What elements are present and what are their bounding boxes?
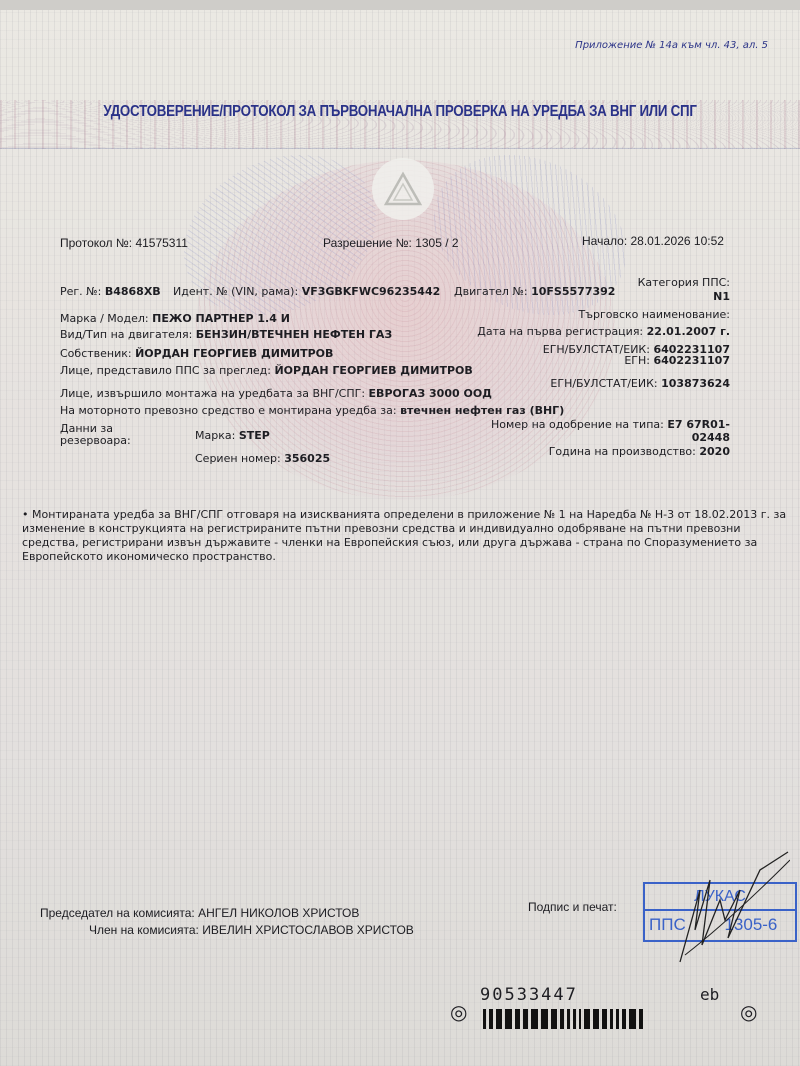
start-time: Начало: 28.01.2026 10:52 — [582, 234, 724, 248]
engine-label: Двигател №: — [454, 285, 528, 298]
reg-label: Рег. №: — [60, 285, 101, 298]
background-surface — [0, 0, 800, 10]
chair-value: АНГЕЛ НИКОЛОВ ХРИСТОВ — [198, 906, 359, 920]
first-reg-value: 22.01.2007 г. — [647, 325, 730, 338]
first-registration: Дата на първа регистрация: 22.01.2007 г. — [477, 325, 730, 338]
owner-label: Собственик: — [60, 347, 132, 360]
engine-number: Двигател №: 10FS5577392 — [454, 285, 615, 298]
type-approval: Номер на одобрение на типа: E7 67R01- — [491, 418, 730, 431]
registration-mark-icon: ◎ — [450, 1000, 467, 1024]
document-title: УДОСТОВЕРЕНИЕ/ПРОТОКОЛ ЗА ПЪРВОНАЧАЛНА П… — [56, 103, 744, 121]
form-serial-suffix: еb — [700, 985, 719, 1004]
installer: Лице, извършило монтажа на уредбата за В… — [60, 387, 492, 400]
owner-value: ЙОРДАН ГЕОРГИЕВ ДИМИТРОВ — [135, 347, 333, 360]
chair-label: Председател на комисията: — [40, 906, 195, 920]
make-model: Марка / Модел: ПЕЖО ПАРТНЕР 1.4 И — [60, 312, 290, 325]
tank-serial-value: 356025 — [284, 452, 330, 465]
trade-name-label: Търговско наименование: — [579, 308, 731, 321]
vin: Идент. № (VIN, рама): VF3GBKFWC96235442 — [173, 285, 440, 298]
tank-brand-label: Марка: — [195, 429, 235, 442]
first-reg-label: Дата на първа регистрация: — [477, 325, 643, 338]
engine-type-value: БЕНЗИН/ВТЕЧНЕН НЕФТЕН ГАЗ — [196, 328, 392, 341]
make-value: ПЕЖО ПАРТНЕР 1.4 И — [152, 312, 290, 325]
registration-number: Рег. №: В4868ХВ — [60, 285, 161, 298]
tank-serial-label: Сериен номер: — [195, 452, 281, 465]
member-label: Член на комисията: — [89, 923, 199, 937]
category-label: Категория ППС: — [638, 276, 730, 289]
signature-label: Подпис и печат: — [528, 900, 617, 914]
approval-label: Номер на одобрение на типа: — [491, 418, 664, 431]
tank-serial: Сериен номер: 356025 — [195, 452, 330, 465]
protocol-number: Протокол №: 41575311 — [60, 236, 188, 250]
presenter-id-label: ЕГН: — [624, 354, 650, 367]
presenter: Лице, представило ППС за преглед: ЙОРДАН… — [60, 364, 473, 377]
engine-type: Вид/Тип на двигателя: БЕНЗИН/ВТЕЧНЕН НЕФ… — [60, 328, 392, 341]
barcode-icon — [483, 1009, 643, 1029]
tank-year-label: Година на производство: — [549, 445, 696, 458]
presenter-label: Лице, представило ППС за преглед: — [60, 364, 271, 377]
appendix-reference: Приложение № 14а към чл. 43, ал. 5 — [575, 40, 768, 51]
owner: Собственик: ЙОРДАН ГЕОРГИЕВ ДИМИТРОВ — [60, 347, 333, 360]
reg-value: В4868ХВ — [105, 285, 161, 298]
signature-scribble-icon — [640, 850, 790, 965]
category-value: N1 — [713, 290, 730, 303]
installer-id-value: 103873624 — [661, 377, 730, 390]
start-label: Начало: — [582, 234, 627, 248]
engine-type-label: Вид/Тип на двигателя: — [60, 328, 192, 341]
vin-value: VF3GBKFWC96235442 — [302, 285, 441, 298]
presenter-value: ЙОРДАН ГЕОРГИЕВ ДИМИТРОВ — [274, 364, 472, 377]
registration-mark-icon-right: ◎ — [740, 1000, 757, 1024]
installer-id: ЕГН/БУЛСТАТ/ЕИК: 103873624 — [550, 377, 730, 390]
member-value: ИВЕЛИН ХРИСТОСЛАВОВ ХРИСТОВ — [202, 923, 414, 937]
installer-value: ЕВРОГАЗ 3000 ООД — [369, 387, 492, 400]
presenter-id: ЕГН: 6402231107 — [624, 354, 730, 367]
form-serial-number: 90533447 — [480, 985, 578, 1005]
form-serial-barcode: ◎ 90533447 еb ◎ — [450, 985, 790, 1035]
installer-label: Лице, извършило монтажа на уредбата за В… — [60, 387, 365, 400]
system-value: втечнен нефтен газ (ВНГ) — [400, 404, 564, 417]
tank-section-label-2: резервоара: — [60, 434, 131, 447]
commission-member: Член на комисията: ИВЕЛИН ХРИСТОСЛАВОВ Х… — [89, 923, 414, 937]
installed-system: На моторното превозно средство е монтира… — [60, 404, 564, 417]
tank-year-value: 2020 — [699, 445, 730, 458]
protocol-value: 41575311 — [135, 236, 188, 250]
presenter-id-value: 6402231107 — [653, 354, 730, 367]
approval-value-line2: 02448 — [692, 431, 730, 444]
engine-value: 10FS5577392 — [531, 285, 615, 298]
tank-brand: Марка: STEP — [195, 429, 270, 442]
tank-year: Година на производство: 2020 — [549, 445, 730, 458]
start-value: 28.01.2026 10:52 — [631, 234, 724, 248]
system-label: На моторното превозно средство е монтира… — [60, 404, 397, 417]
commission-chair: Председател на комисията: АНГЕЛ НИКОЛОВ … — [40, 906, 359, 920]
tank-brand-value: STEP — [239, 429, 270, 442]
permit-value: 1305 / 2 — [415, 236, 458, 250]
compliance-notice: • Монтираната уредба за ВНГ/СПГ отговаря… — [22, 508, 792, 564]
installer-id-label: ЕГН/БУЛСТАТ/ЕИК: — [550, 377, 657, 390]
type-approval-cont: 02448 — [692, 431, 730, 444]
approval-value-line1: E7 67R01- — [667, 418, 730, 431]
protocol-label: Протокол №: — [60, 236, 132, 250]
category-value-text: N1 — [713, 290, 730, 303]
make-label: Марка / Модел: — [60, 312, 149, 325]
vin-label: Идент. № (VIN, рама): — [173, 285, 298, 298]
triangle-watermark-icon — [372, 158, 434, 220]
permit-label: Разрешение №: — [323, 236, 412, 250]
permit-number: Разрешение №: 1305 / 2 — [323, 236, 459, 250]
